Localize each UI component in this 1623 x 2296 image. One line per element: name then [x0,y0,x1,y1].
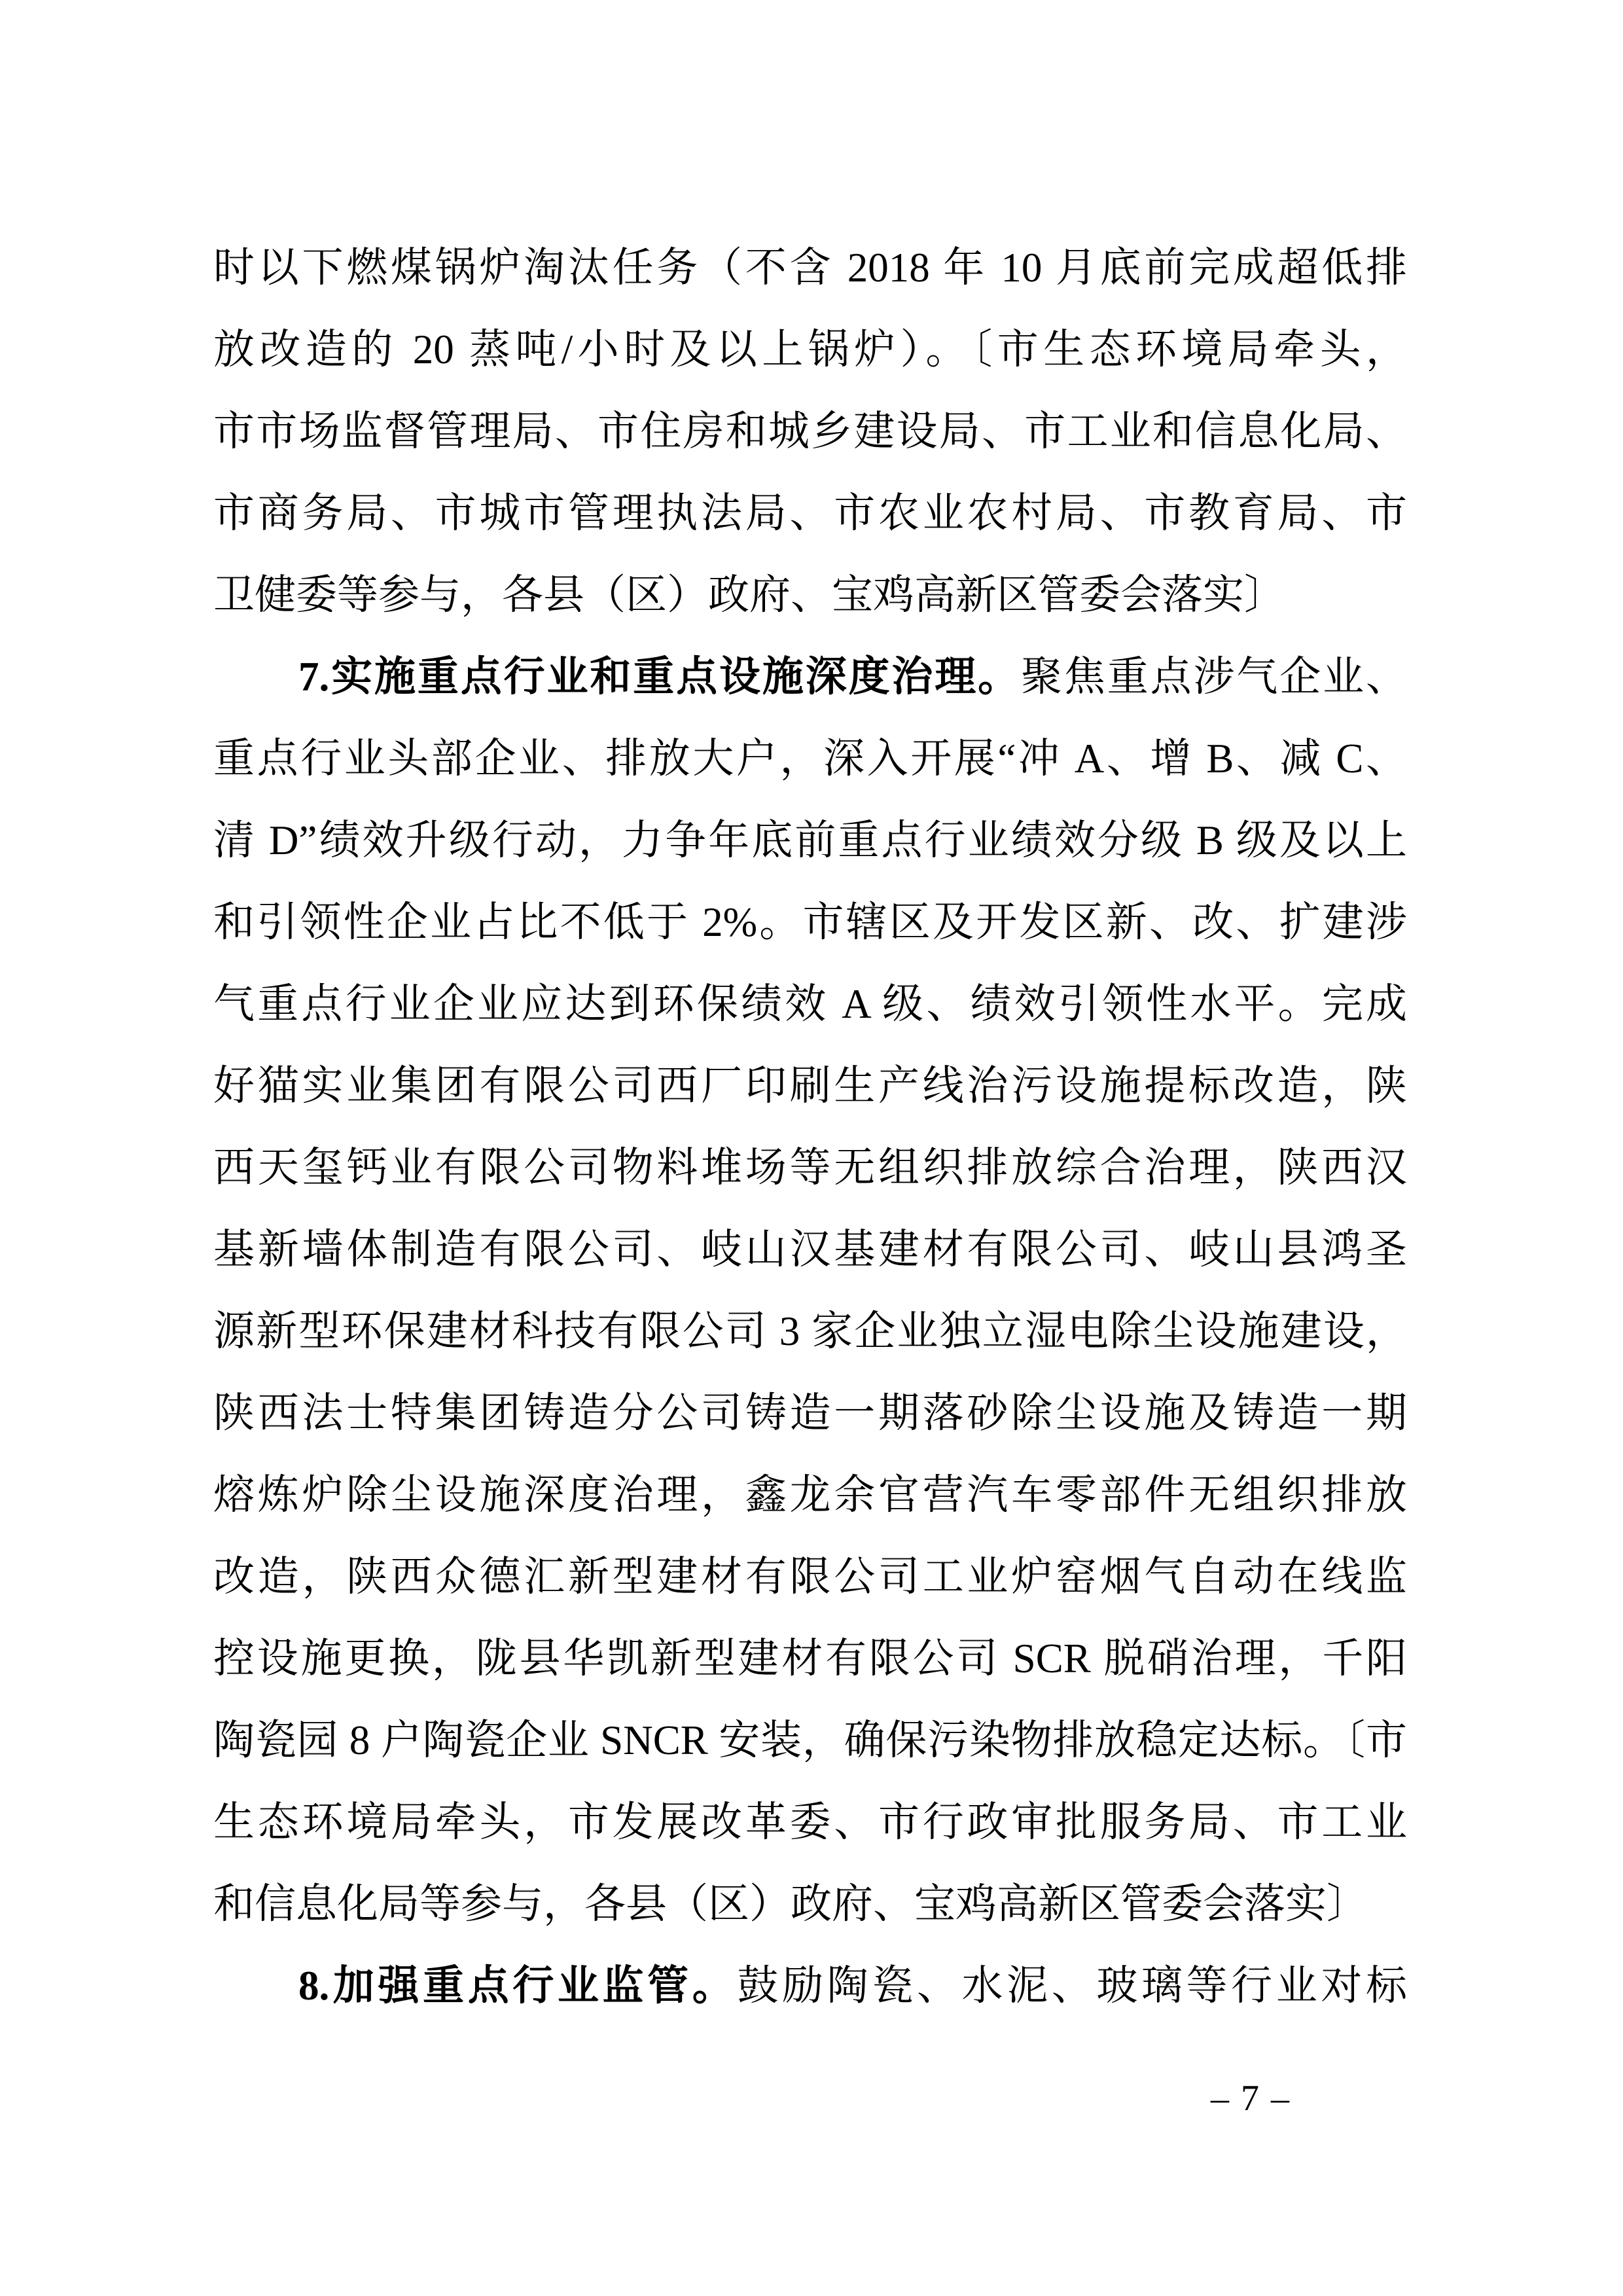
line-text: 卫健委等参与，各县（区）政府、宝鸡高新区管委会落实〕 [213,572,1285,618]
line-text: 重点行业头部企业、排放大户，深入开展“冲 A、增 B、减 C、 [213,736,1407,781]
line-text: 好猫实业集团有限公司西厂印刷生产线治污设施提标改造，陕 [213,1063,1407,1109]
line-text: 陕西法士特集团铸造分公司铸造一期落砂除尘设施及铸造一期 [213,1390,1407,1436]
text-line: 好猫实业集团有限公司西厂印刷生产线治污设施提标改造，陕 [213,1045,1407,1127]
line-text: 聚焦重点涉气企业、 [1021,654,1407,700]
text-line: 基新墙体制造有限公司、岐山汉基建材有限公司、岐山县鸿圣 [213,1209,1407,1291]
line-text: 鼓励陶瓷、水泥、玻璃等行业对标 [737,1963,1407,2009]
text-line: 气重点行业企业应达到环保绩效 A 级、绩效引领性水平。完成 [213,963,1407,1045]
line-text: 西天玺钙业有限公司物料堆场等无组织排放综合治理，陕西汉 [213,1145,1407,1191]
line-text: 改造，陕西众德汇新型建材有限公司工业炉窑烟气自动在线监 [213,1554,1407,1600]
text-line: 8.加强重点行业监管。鼓励陶瓷、水泥、玻璃等行业对标 [213,1945,1407,2027]
line-text: 和信息化局等参与，各县（区）政府、宝鸡高新区管委会落实〕 [213,1881,1368,1927]
text-line: 陶瓷园 8 户陶瓷企业 SNCR 安装，确保污染物排放稳定达标。〔市 [213,1700,1407,1782]
text-line: 西天玺钙业有限公司物料堆场等无组织排放综合治理，陕西汉 [213,1127,1407,1209]
text-line: 重点行业头部企业、排放大户，深入开展“冲 A、增 B、减 C、 [213,718,1407,800]
text-line: 市商务局、市城市管理执法局、市农业农村局、市教育局、市 [213,473,1407,554]
line-text: 生态环境局牵头，市发展改革委、市行政审批服务局、市工业 [213,1799,1407,1845]
text-line: 生态环境局牵头，市发展改革委、市行政审批服务局、市工业 [213,1782,1407,1863]
paragraph-lead: 7.实施重点行业和重点设施深度治理。 [298,654,1021,700]
document-body: 时以下燃煤锅炉淘汰任务（不含 2018 年 10 月底前完成超低排放改造的 20… [213,227,1407,2027]
line-text: 市市场监督管理局、市住房和城乡建设局、市工业和信息化局、 [213,408,1407,454]
line-text: 放改造的 20 蒸吨/小时及以上锅炉）。〔市生态环境局牵头， [213,327,1407,372]
text-line: 市市场监督管理局、市住房和城乡建设局、市工业和信息化局、 [213,391,1407,473]
text-line: 清 D”绩效升级行动，力争年底前重点行业绩效分级 B 级及以上 [213,800,1407,882]
text-line: 7.实施重点行业和重点设施深度治理。聚焦重点涉气企业、 [213,636,1407,718]
text-line: 卫健委等参与，各县（区）政府、宝鸡高新区管委会落实〕 [213,554,1407,636]
text-line: 和引领性企业占比不低于 2%。市辖区及开发区新、改、扩建涉 [213,882,1407,963]
document-page: 时以下燃煤锅炉淘汰任务（不含 2018 年 10 月底前完成超低排放改造的 20… [0,0,1623,2296]
line-text: 熔炼炉除尘设施深度治理，鑫龙余官营汽车零部件无组织排放 [213,1472,1407,1518]
text-line: 陕西法士特集团铸造分公司铸造一期落砂除尘设施及铸造一期 [213,1372,1407,1454]
text-line: 和信息化局等参与，各县（区）政府、宝鸡高新区管委会落实〕 [213,1863,1407,1945]
text-line: 熔炼炉除尘设施深度治理，鑫龙余官营汽车零部件无组织排放 [213,1454,1407,1536]
line-text: 陶瓷园 8 户陶瓷企业 SNCR 安装，确保污染物排放稳定达标。〔市 [213,1717,1407,1763]
paragraph-lead: 8.加强重点行业监管。 [298,1963,737,2009]
line-text: 市商务局、市城市管理执法局、市农业农村局、市教育局、市 [213,490,1407,536]
text-line: 放改造的 20 蒸吨/小时及以上锅炉）。〔市生态环境局牵头， [213,309,1407,391]
line-text: 源新型环保建材科技有限公司 3 家企业独立湿电除尘设施建设， [213,1308,1407,1354]
text-line: 时以下燃煤锅炉淘汰任务（不含 2018 年 10 月底前完成超低排 [213,227,1407,309]
line-text: 清 D”绩效升级行动，力争年底前重点行业绩效分级 B 级及以上 [213,817,1407,863]
text-line: 源新型环保建材科技有限公司 3 家企业独立湿电除尘设施建设， [213,1291,1407,1372]
line-text: 控设施更换，陇县华凯新型建材有限公司 SCR 脱硝治理，千阳 [213,1636,1407,1681]
line-text: 时以下燃煤锅炉淘汰任务（不含 2018 年 10 月底前完成超低排 [213,245,1407,291]
line-text: 和引领性企业占比不低于 2%。市辖区及开发区新、改、扩建涉 [213,899,1407,945]
line-text: 基新墙体制造有限公司、岐山汉基建材有限公司、岐山县鸿圣 [213,1227,1407,1272]
text-line: 控设施更换，陇县华凯新型建材有限公司 SCR 脱硝治理，千阳 [213,1618,1407,1700]
text-line: 改造，陕西众德汇新型建材有限公司工业炉窑烟气自动在线监 [213,1536,1407,1618]
page-number: – 7 – [1211,2076,1291,2121]
line-text: 气重点行业企业应达到环保绩效 A 级、绩效引领性水平。完成 [213,981,1407,1027]
